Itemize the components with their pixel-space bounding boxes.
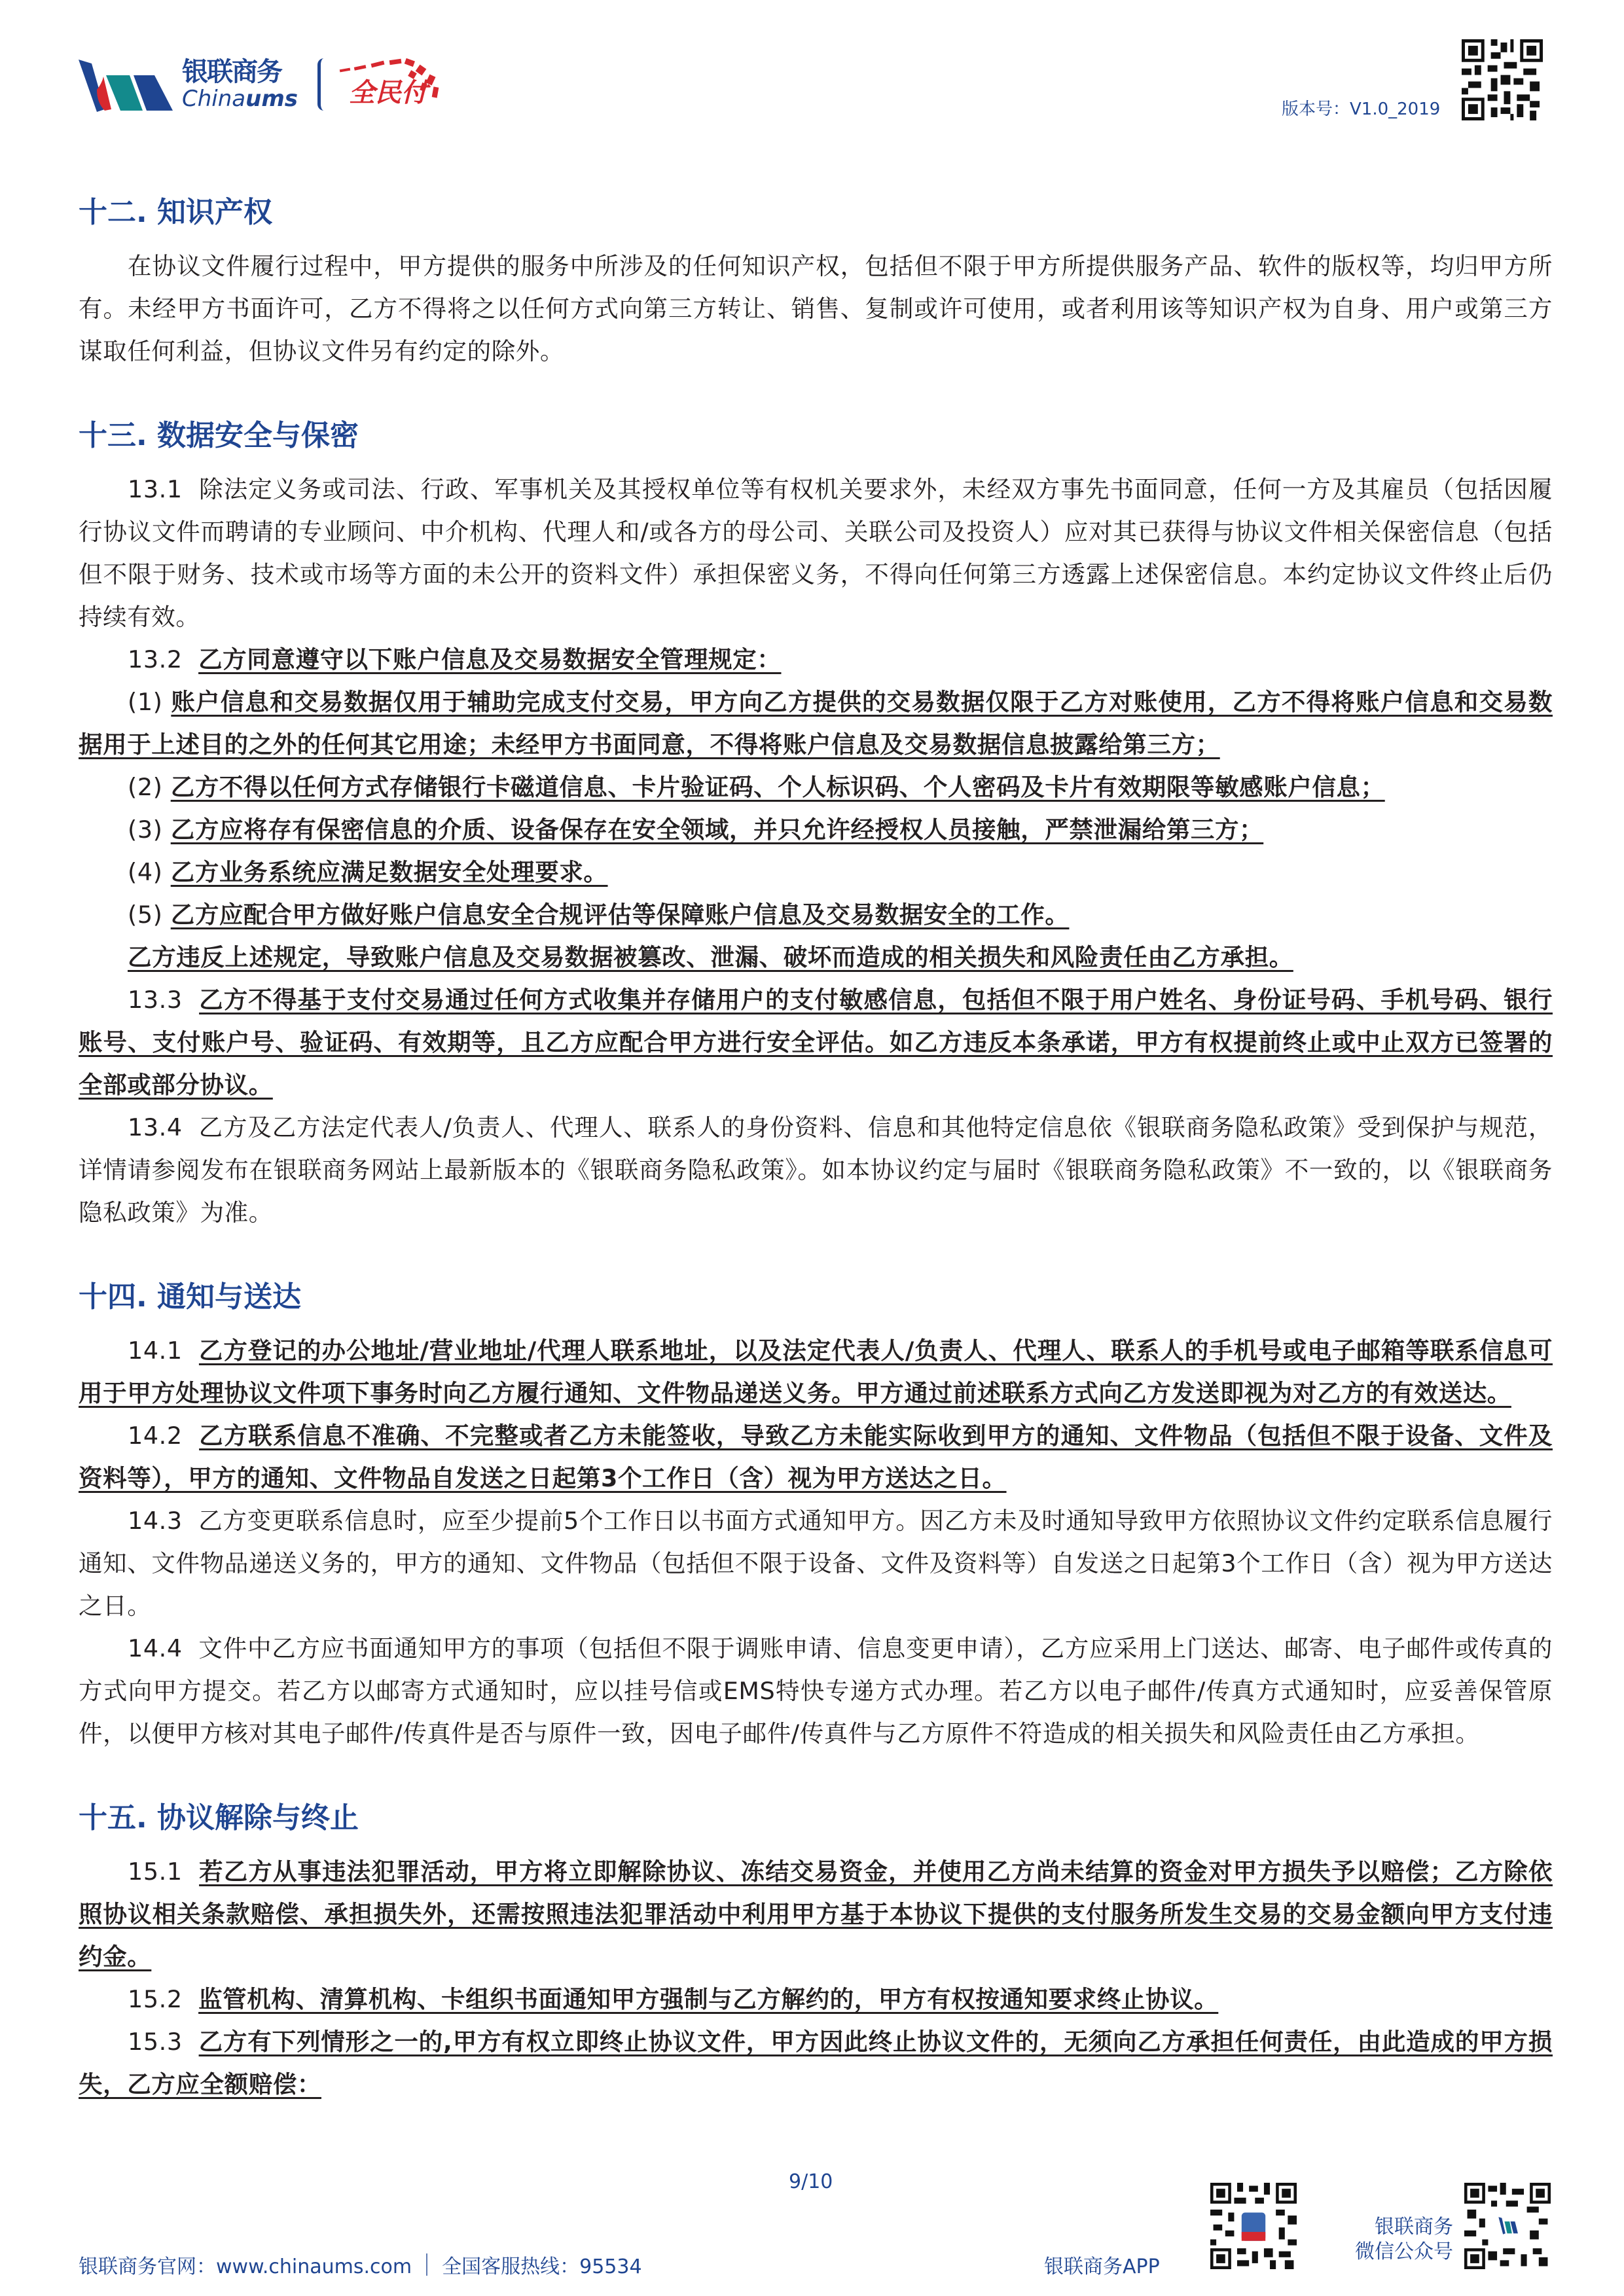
clause-number: 14.4	[128, 1634, 183, 1662]
clause-text-emphasized: 乙方有下列情形之一的,甲方有权立即终止协议文件，甲方因此终止协议文件的，无须向乙…	[79, 2028, 1553, 2098]
brand-en-bold: ums	[245, 86, 298, 112]
clause-text-emphasized: 乙方不得基于支付交易通过任何方式收集并存储用户的支付敏感信息，包括但不限于用户姓…	[79, 986, 1553, 1099]
brand-logo: 银联商务 Chinaums 全民付	[77, 55, 455, 114]
clause-14-4: 14.4 文件中乙方应书面通知甲方的事项（包括但不限于调账申请、信息变更申请），…	[79, 1627, 1553, 1755]
footer-contact: 银联商务官网：www.chinaums.com 全国客服热线：95534	[79, 2250, 642, 2279]
header-qr-code-icon	[1462, 39, 1543, 120]
clause-13-3: 13.3 乙方不得基于支付交易通过任何方式收集并存储用户的支付敏感信息，包括但不…	[79, 978, 1553, 1106]
clause-13-2-liability: 乙方违反上述规定，导致账户信息及交易数据被篡改、泄漏、破坏而造成的相关损失和风险…	[79, 936, 1553, 978]
clause-number: 13.1	[128, 475, 183, 503]
clause-13-1: 13.1 除法定义务或司法、行政、军事机关及其授权单位等有权机关要求外，未经双方…	[79, 468, 1553, 638]
item-text-emphasized: 账户信息和交易数据仅用于辅助完成支付交易，甲方向乙方提供的交易数据仅限于乙方对账…	[79, 688, 1553, 759]
app-qr-label: 银联商务APP	[1044, 2250, 1160, 2279]
clause-13-2-item-2: (2) 乙方不得以任何方式存储银行卡磁道信息、卡片验证码、个人标识码、个人密码及…	[79, 766, 1553, 808]
hotline-label: 全国客服热线：95534	[442, 2250, 641, 2279]
clause-number: 14.3	[128, 1507, 183, 1535]
page-number: 9/10	[789, 2170, 833, 2193]
clause-15-3: 15.3 乙方有下列情形之一的,甲方有权立即终止协议文件，甲方因此终止协议文件的…	[79, 2020, 1553, 2106]
clause-15-2: 15.2 监管机构、清算机构、卡组织书面通知甲方强制与乙方解约的，甲方有权按通知…	[79, 1978, 1553, 2020]
clause-number: 13.4	[128, 1113, 183, 1141]
sub-brand-name: 全民付	[349, 72, 427, 109]
brand-name-en: Chinaums	[182, 86, 298, 111]
clause-13-4: 13.4 乙方及乙方法定代表人/负责人、代理人、联系人的身份资料、信息和其他特定…	[79, 1106, 1553, 1234]
clause-13-2-item-1: (1) 账户信息和交易数据仅用于辅助完成支付交易，甲方向乙方提供的交易数据仅限于…	[79, 681, 1553, 766]
clause-13-2-item-4: (4) 乙方业务系统应满足数据安全处理要求。	[79, 851, 1553, 893]
wechat-qr-code-icon	[1464, 2183, 1551, 2269]
item-text-emphasized: 乙方应将存有保密信息的介质、设备保存在安全领域，并只允许经授权人员接触，严禁泄漏…	[171, 816, 1264, 844]
clause-number: 13.3	[128, 986, 183, 1014]
clause-text-emphasized: 若乙方从事违法犯罪活动，甲方将立即解除协议、冻结交易资金，并使用乙方尚未结算的资…	[79, 1857, 1553, 1971]
document-body: 十二. 知识产权 在协议文件履行过程中，甲方提供的服务中所涉及的任何知识产权，包…	[79, 190, 1553, 2106]
section-title-12: 十二. 知识产权	[79, 190, 1553, 236]
clause-14-2: 14.2 乙方联系信息不准确、不完整或者乙方未能签收，导致乙方未能实际收到甲方的…	[79, 1414, 1553, 1499]
clause-text: 除法定义务或司法、行政、军事机关及其授权单位等有权机关要求外，未经双方事先书面同…	[79, 475, 1553, 631]
item-text-emphasized: 乙方应配合甲方做好账户信息安全合规评估等保障账户信息及交易数据安全的工作。	[171, 901, 1070, 929]
clause-number: 14.1	[128, 1336, 183, 1365]
website-label: 银联商务官网：www.chinaums.com	[79, 2250, 412, 2279]
clause-number: 15.2	[128, 1985, 183, 2013]
chinaums-logo-icon	[77, 57, 175, 112]
liability-text-emphasized: 乙方违反上述规定，导致账户信息及交易数据被篡改、泄漏、破坏而造成的相关损失和风险…	[128, 943, 1293, 971]
item-number: (3)	[128, 816, 163, 844]
item-text-emphasized: 乙方不得以任何方式存储银行卡磁道信息、卡片验证码、个人标识码、个人密码及卡片有效…	[171, 773, 1385, 801]
clause-13-2: 13.2 乙方同意遵守以下账户信息及交易数据安全管理规定：	[79, 638, 1553, 681]
version-label: 版本号：V1.0_2019	[1282, 96, 1440, 120]
wechat-label-line1: 银联商务	[1276, 2215, 1453, 2240]
clause-number: 15.1	[128, 1857, 183, 1886]
item-text-emphasized: 乙方业务系统应满足数据安全处理要求。	[171, 858, 608, 886]
brand-wordmark: 银联商务 Chinaums	[182, 58, 298, 111]
page-header: 银联商务 Chinaums 全民付 版本	[0, 0, 1624, 131]
clause-text-emphasized: 监管机构、清算机构、卡组织书面通知甲方强制与乙方解约的，甲方有权按通知要求终止协…	[198, 1985, 1218, 2013]
sub-brand-logo: 全民付	[337, 57, 455, 112]
clause-text-emphasized: 乙方登记的办公地址/营业地址/代理人联系地址，以及法定代表人/负责人、代理人、联…	[79, 1336, 1553, 1407]
clause-number: 15.3	[128, 2028, 183, 2056]
clause-14-1: 14.1 乙方登记的办公地址/营业地址/代理人联系地址，以及法定代表人/负责人、…	[79, 1329, 1553, 1414]
wechat-qr-label: 银联商务 微信公众号	[1276, 2215, 1453, 2265]
clause-13-2-item-3: (3) 乙方应将存有保密信息的介质、设备保存在安全领域，并只允许经授权人员接触，…	[79, 808, 1553, 851]
clause-text-emphasized: 乙方联系信息不准确、不完整或者乙方未能签收，导致乙方未能实际收到甲方的通知、文件…	[79, 1422, 1553, 1492]
section-title-13: 十三. 数据安全与保密	[79, 413, 1553, 459]
clause-text-emphasized: 乙方同意遵守以下账户信息及交易数据安全管理规定：	[198, 645, 781, 673]
paragraph-text: 在协议文件履行过程中，甲方提供的服务中所涉及的任何知识产权，包括但不限于甲方所提…	[79, 252, 1553, 365]
clause-number: 13.2	[128, 645, 183, 673]
item-number: (1)	[128, 688, 163, 716]
item-number: (2)	[128, 773, 163, 801]
clause-number: 14.2	[128, 1422, 183, 1450]
clause-13-2-item-5: (5) 乙方应配合甲方做好账户信息安全合规评估等保障账户信息及交易数据安全的工作…	[79, 893, 1553, 936]
clause-text: 乙方变更联系信息时，应至少提前5个工作日以书面方式通知甲方。因乙方未及时通知导致…	[79, 1507, 1553, 1620]
clause-text: 文件中乙方应书面通知甲方的事项（包括但不限于调账申请、信息变更申请），乙方应采用…	[79, 1634, 1553, 1748]
item-number: (4)	[128, 858, 163, 886]
section-title-15: 十五. 协议解除与终止	[79, 1795, 1553, 1841]
section-title-14: 十四. 通知与送达	[79, 1274, 1553, 1320]
wechat-label-line2: 微信公众号	[1276, 2240, 1453, 2265]
brand-en-light: China	[182, 86, 245, 112]
brand-name-cn: 银联商务	[182, 58, 298, 86]
logo-divider	[317, 58, 324, 111]
item-number: (5)	[128, 901, 163, 929]
clause-text: 乙方及乙方法定代表人/负责人、代理人、联系人的身份资料、信息和其他特定信息依《银…	[79, 1113, 1553, 1227]
clause-14-3: 14.3 乙方变更联系信息时，应至少提前5个工作日以书面方式通知甲方。因乙方未及…	[79, 1499, 1553, 1627]
paragraph-12: 在协议文件履行过程中，甲方提供的服务中所涉及的任何知识产权，包括但不限于甲方所提…	[79, 245, 1553, 372]
clause-15-1: 15.1 若乙方从事违法犯罪活动，甲方将立即解除协议、冻结交易资金，并使用乙方尚…	[79, 1850, 1553, 1978]
footer-divider	[426, 2253, 427, 2276]
